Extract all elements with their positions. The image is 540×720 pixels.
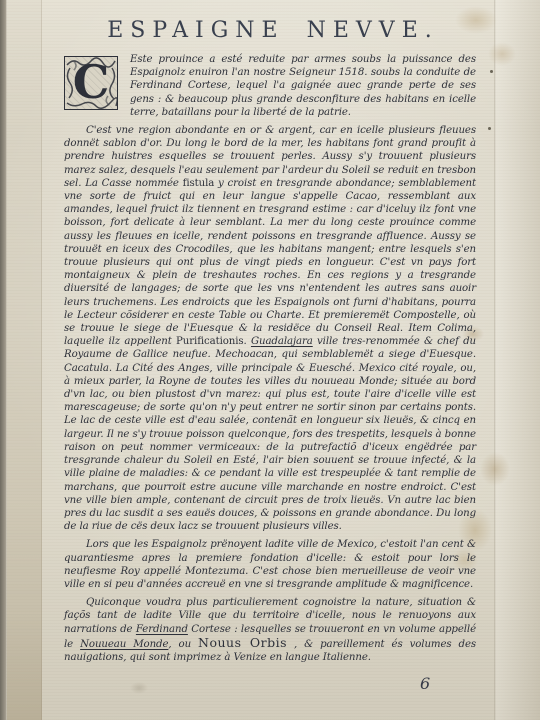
book-page-photo: ESPAIGNE NEVVE. CEste prouince a esté re…	[0, 0, 540, 720]
drop-cap-initial: C	[64, 53, 118, 107]
text-segment: Nouus Orbis	[198, 635, 287, 650]
paragraph: Lors que les Espaignolz prënoyent ladite…	[64, 538, 476, 591]
paper-stain	[130, 682, 148, 694]
paragraph: Quiconque voudra plus particulierement c…	[64, 596, 476, 664]
text-segment: Guadalajara	[251, 336, 313, 347]
under-page-edge	[7, 0, 42, 720]
right-margin-shading	[496, 0, 540, 720]
paragraph: C'est vne region abondante en or & argen…	[64, 124, 476, 533]
paragraphs-container: CEste prouince a esté reduite par armes …	[64, 53, 476, 664]
pinhole-mark	[488, 127, 491, 130]
text-segment: Purificationis.	[176, 336, 247, 347]
text-segment: Nouueau Monde	[80, 639, 168, 650]
photo-left-edge	[0, 0, 7, 720]
text-block: ESPAIGNE NEVVE. CEste prouince a esté re…	[64, 14, 476, 664]
paragraph: CEste prouince a esté reduite par armes …	[64, 53, 476, 119]
woodcut-initial: C	[64, 56, 118, 110]
text-segment: , ou	[168, 639, 198, 650]
text-segment: Este prouince a esté reduite par armes s…	[130, 54, 476, 118]
page-number: 6	[420, 674, 430, 693]
page-title: ESPAIGNE NEVVE.	[70, 18, 476, 43]
text-segment: fistula	[183, 178, 215, 189]
text-segment: y croist en tresgrande abondance; sembla…	[64, 178, 476, 347]
pinhole-mark	[490, 70, 493, 73]
text-segment: Ferdinand	[136, 624, 188, 635]
text-segment: Lors que les Espaignolz prënoyent ladite…	[64, 539, 476, 590]
text-segment: ville tres-renommée & chef du Royaume de…	[64, 336, 476, 532]
